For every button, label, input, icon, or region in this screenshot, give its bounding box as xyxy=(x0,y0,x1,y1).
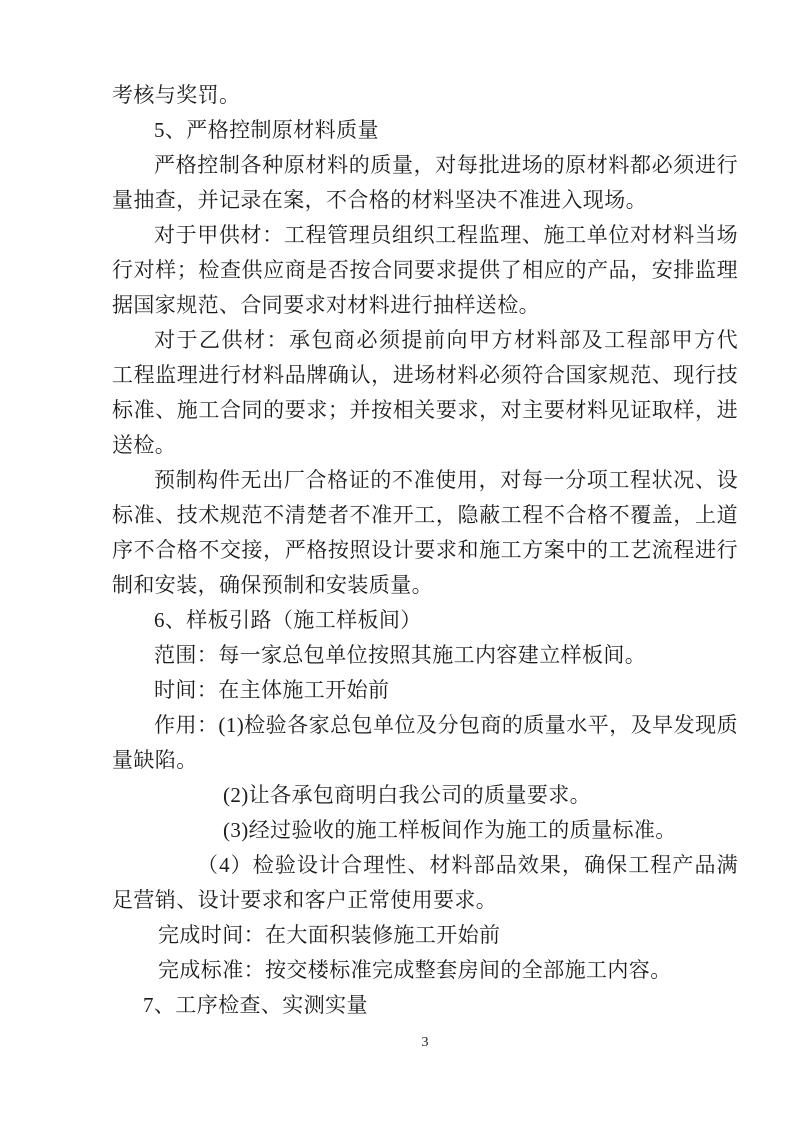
text-line: 序不合格不交接，严格按照设计要求和施工方案中的工艺流程进行预 xyxy=(112,533,738,568)
text-line: 标准、技术规范不清楚者不准开工，隐蔽工程不合格不覆盖，上道工 xyxy=(112,498,738,533)
text-line: (3)经过验收的施工样板间作为施工的质量标准。 xyxy=(112,813,738,848)
text-line: 作用：(1)检验各家总包单位及分包商的质量水平，及早发现质 xyxy=(112,708,738,743)
heading-line: 5、严格控制原材料质量 xyxy=(112,113,738,148)
text-line: 预制构件无出厂合格证的不准使用，对每一分项工程状况、设计 xyxy=(112,463,738,498)
text-line: 标准、施工合同的要求；并按相关要求，对主要材料见证取样，进行 xyxy=(112,393,738,428)
text-line: 严格控制各种原材料的质量，对每批进场的原材料都必须进行质 xyxy=(112,148,738,183)
text-line: 制和安装，确保预制和安装质量。 xyxy=(112,568,738,603)
heading-line: 6、样板引路（施工样板间） xyxy=(112,603,738,638)
document-page: 考核与奖罚。 5、严格控制原材料质量 严格控制各种原材料的质量，对每批进场的原材… xyxy=(0,0,793,1122)
text-line: 对于乙供材：承包商必须提前向甲方材料部及工程部甲方代表、 xyxy=(112,323,738,358)
text-line: (2)让各承包商明白我公司的质量要求。 xyxy=(112,778,738,813)
text-line: 送检。 xyxy=(112,428,738,463)
text-line: 时间：在主体施工开始前 xyxy=(112,673,738,708)
text-line: 考核与奖罚。 xyxy=(112,78,738,113)
text-line: 工程监理进行材料品牌确认，进场材料必须符合国家规范、现行技术 xyxy=(112,358,738,393)
text-line: 范围：每一家总包单位按照其施工内容建立样板间。 xyxy=(112,638,738,673)
text-line: （4）检验设计合理性、材料部品效果，确保工程产品满 xyxy=(112,848,738,883)
text-line: 行对样；检查供应商是否按合同要求提供了相应的产品，安排监理根 xyxy=(112,253,738,288)
text-line: 对于甲供材：工程管理员组织工程监理、施工单位对材料当场进 xyxy=(112,218,738,253)
text-line: 量缺陷。 xyxy=(112,743,738,778)
text-line: 据国家规范、合同要求对材料进行抽样送检。 xyxy=(112,288,738,323)
page-number: 3 xyxy=(112,1034,738,1052)
heading-line: 7、工序检查、实测实量 xyxy=(112,988,738,1023)
text-line: 完成标准：按交楼标准完成整套房间的全部施工内容。 xyxy=(112,953,738,988)
text-line: 量抽查，并记录在案，不合格的材料坚决不准进入现场。 xyxy=(112,183,738,218)
text-line: 完成时间：在大面积装修施工开始前 xyxy=(112,918,738,953)
document-body: 考核与奖罚。 5、严格控制原材料质量 严格控制各种原材料的质量，对每批进场的原材… xyxy=(112,78,738,1023)
text-line: 足营销、设计要求和客户正常使用要求。 xyxy=(112,883,738,918)
